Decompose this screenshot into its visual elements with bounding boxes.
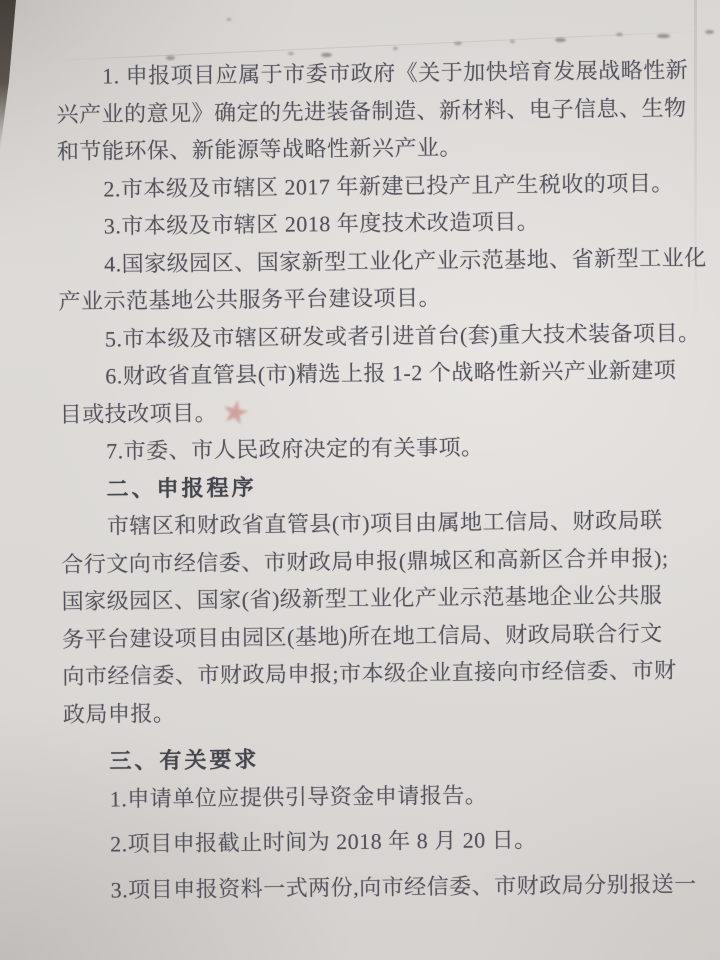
table-edge-shadow (0, 0, 16, 150)
smudge-dot (454, 42, 462, 45)
doc-line: 4.国家级园区、国家新型工业化产业示范基地、省新型工业化 (58, 239, 718, 283)
smudge-dot (510, 40, 515, 43)
smudge-dot (657, 34, 670, 38)
smudge-dot (555, 38, 566, 42)
doc-line: 兴产业的意见》确定的先进装备制造、新材料、电子信息、生物 (56, 89, 716, 133)
doc-line: 国家级园区、国家(省)级新型工业化产业示范基地企业公共服 (61, 576, 720, 620)
red-stamp-mark: ★ (218, 394, 253, 429)
smudge-dot (393, 47, 398, 50)
doc-line: 3.项目申报资料一式两份,向市经信委、市财政局分别报送一 (65, 865, 720, 909)
doc-line: 6.财政省直管县(市)精选上报 1-2 个战略性新兴产业新建项 (59, 351, 719, 395)
doc-line: 2.市本级及市辖区 2017 年新建已投产且产生税收的项目。 (57, 164, 717, 208)
doc-line: 1. 申报项目应属于市委市政府《关于加快培育发展战略性新 (56, 51, 716, 95)
doc-line: 政局申报。 (63, 689, 720, 733)
doc-line: 2.项目申报截止时间为 2018 年 8 月 20 日。 (64, 819, 720, 863)
doc-line-text: 目或技改项目。 (60, 400, 218, 427)
smudge-dot (616, 33, 623, 36)
doc-line: 市辖区和财政省直管县(市)项目由属地工信局、财政局联 (61, 501, 720, 545)
doc-line: 向市经信委、市财政局申报;市本级企业直接向市经信委、市财 (62, 651, 720, 695)
smudge-dot (227, 18, 231, 21)
doc-line: 1.申请单位应提供引导资金申请报告。 (64, 774, 720, 818)
smudge-dot (705, 30, 714, 34)
document-photo-paper: 1. 申报项目应属于市委市政府《关于加快培育发展战略性新 兴产业的意见》确定的先… (0, 0, 720, 960)
document-text: 1. 申报项目应属于市委市政府《关于加快培育发展战略性新 兴产业的意见》确定的先… (56, 51, 720, 909)
